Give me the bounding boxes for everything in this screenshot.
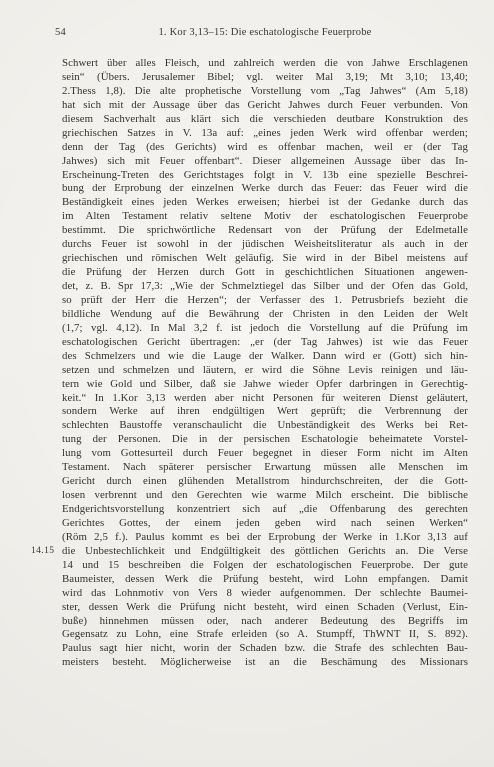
- text-line-content: Endgerichtsvorstellung konzentriert sich…: [62, 503, 468, 515]
- text-line-content: Erscheinung-Treten des Gerichtstages fol…: [62, 169, 468, 181]
- text-line: 14 und 15 beschreiben die Folgen der esc…: [62, 559, 468, 573]
- text-line: bildliche Wendung auf die Bewährung der …: [62, 308, 468, 322]
- text-line-content: bildliche Wendung auf die Bewährung der …: [62, 308, 468, 320]
- text-line-content: Testament. Nach späterer persischer Erwa…: [62, 461, 468, 473]
- text-line: schlechten Baustoffe veranschaulicht die…: [62, 419, 468, 433]
- text-line: det, z. B. Spr 17,3: „Wie der Schmelztie…: [62, 280, 468, 294]
- text-line: (Röm 2,5 f.). Paulus kommt es bei der Er…: [62, 531, 468, 545]
- text-line: Beständigkeit eines jeden Werkes erweise…: [62, 196, 468, 210]
- text-line-content: buße) hinnehmen müssen oder, nach andere…: [62, 615, 468, 627]
- text-line-content: die Prüfung der Herzen durch Gott in ges…: [62, 266, 468, 278]
- text-line-content: keit.“ In 1.Kor 3,13 werden aber nicht P…: [62, 392, 468, 404]
- text-line: Baumeister, dessen Werk die Prüfung best…: [62, 573, 468, 587]
- text-line-content: Paulus sagt hier nicht, worin der Schade…: [62, 642, 468, 654]
- text-line-content: Beständigkeit eines jeden Werkes erweise…: [62, 196, 468, 208]
- text-line-content: sondern Werke auf ihren endgültigen Wert…: [62, 405, 468, 417]
- text-line-content: griechischen Satzes in V. 13a auf: „eine…: [62, 127, 468, 139]
- text-line-content: setzen und schmelzen und läutern, er wir…: [62, 364, 468, 376]
- verse-margin-note: 14.15: [31, 545, 54, 559]
- text-line: griechischen und römischen Welt geläufig…: [62, 252, 468, 266]
- text-line: Paulus sagt hier nicht, worin der Schade…: [62, 642, 468, 656]
- text-line: bestimmt. Die sprichwörtliche Redensart …: [62, 224, 468, 238]
- text-line: Endgerichtsvorstellung konzentriert sich…: [62, 503, 468, 517]
- text-line: buße) hinnehmen müssen oder, nach andere…: [62, 615, 468, 629]
- text-line: setzen und schmelzen und läutern, er wir…: [62, 364, 468, 378]
- text-line: Testament. Nach späterer persischer Erwa…: [62, 461, 468, 475]
- text-line-content: des Schmelzers und wie die Lauge der Wal…: [62, 350, 468, 362]
- text-line: keit.“ In 1.Kor 3,13 werden aber nicht P…: [62, 392, 468, 406]
- text-line-content: bung der Erprobung der einzelnen Werke d…: [62, 182, 468, 194]
- text-line-content: meisters besteht. Möglicherweise ist an …: [62, 656, 468, 668]
- text-line-content: Baumeister, dessen Werk die Prüfung best…: [62, 573, 468, 585]
- text-line-content: die Unbestechlichkeit und Endgültigkeit …: [62, 545, 468, 557]
- text-line-content: (Röm 2,5 f.). Paulus kommt es bei der Er…: [62, 531, 468, 543]
- text-line: Jahwes) sich mit Feuer offenbart“. Diese…: [62, 155, 468, 169]
- text-line-content: hat sich mit der Aussage über das Gerich…: [62, 99, 468, 111]
- text-line-content: ster, dessen Werk die Prüfung nicht best…: [62, 601, 468, 613]
- body-text-block: Schwert über alles Fleisch, und zahlreic…: [62, 57, 468, 670]
- running-title: 1. Kor 3,13–15: Die eschatologische Feue…: [62, 27, 468, 38]
- text-line-content: bestimmt. Die sprichwörtliche Redensart …: [62, 224, 468, 236]
- text-line: eschatologischen Gericht übertragen: „er…: [62, 336, 468, 350]
- text-line-content: eschatologischen Gericht übertragen: „er…: [62, 336, 468, 348]
- text-line-content: so prüft der Herr die Herzen“; der Verfa…: [62, 294, 468, 306]
- text-line-content: im Alten Testament relativ seltene Motiv…: [62, 210, 468, 222]
- text-line: hat sich mit der Aussage über das Gerich…: [62, 99, 468, 113]
- text-line: griechischen Satzes in V. 13a auf: „eine…: [62, 127, 468, 141]
- text-line-content: Gericht durch einen glühenden Metallstro…: [62, 475, 468, 487]
- text-line-content: Schwert über alles Fleisch, und zahlreic…: [62, 57, 468, 69]
- text-line-content: Jahwes) sich mit Feuer offenbart“. Diese…: [62, 155, 468, 167]
- text-line: des Schmelzers und wie die Lauge der Wal…: [62, 350, 468, 364]
- text-line-content: tern wie Gold und Silber, daß sie Jahwe …: [62, 378, 468, 390]
- text-line-content: lung vom Gottesurteil durch Feuer begegn…: [62, 447, 468, 459]
- text-line-content: 2.Thess 1,8). Die alte prophetische Vors…: [62, 85, 468, 97]
- text-line-content: (1,7; vgl. 4,12). In Mal 3,2 f. ist jedo…: [62, 322, 468, 334]
- text-line: meisters besteht. Möglicherweise ist an …: [62, 656, 468, 670]
- text-line: Gerichtes Gottes, der einem jeden geben …: [62, 517, 468, 531]
- text-line-content: griechischen und römischen Welt geläufig…: [62, 252, 468, 264]
- text-line-content: diesem Sachverhalt aus klärt sich die ve…: [62, 113, 468, 125]
- text-line: Erscheinung-Treten des Gerichtstages fol…: [62, 169, 468, 183]
- text-line-content: schlechten Baustoffe veranschaulicht die…: [62, 419, 468, 431]
- text-line-content: Gegensatz zu Lohn, eine Strafe erleiden …: [62, 628, 468, 640]
- text-line: 14.15 die Unbestechlichkeit und Endgülti…: [62, 545, 468, 559]
- text-line: tern wie Gold und Silber, daß sie Jahwe …: [62, 378, 468, 392]
- text-line-content: Gerichtes Gottes, der einem jeden geben …: [62, 517, 468, 529]
- text-line: (1,7; vgl. 4,12). In Mal 3,2 f. ist jedo…: [62, 322, 468, 336]
- text-line-content: tung der Personen. Die in der persischen…: [62, 433, 468, 445]
- page-header: 54 1. Kor 3,13–15: Die eschatologische F…: [62, 27, 468, 42]
- page-number: 54: [55, 27, 66, 38]
- text-line-content: det, z. B. Spr 17,3: „Wie der Schmelztie…: [62, 280, 468, 292]
- text-line: bung der Erprobung der einzelnen Werke d…: [62, 182, 468, 196]
- text-line-content: durchs Feuer ist sowohl in der jüdischen…: [62, 238, 468, 250]
- text-line: sein“ (Übers. Jerusalemer Bibel; vgl. we…: [62, 71, 468, 85]
- text-line: losen verbrennt und den Gerechten wie wa…: [62, 489, 468, 503]
- text-line: so prüft der Herr die Herzen“; der Verfa…: [62, 294, 468, 308]
- text-line: Schwert über alles Fleisch, und zahlreic…: [62, 57, 468, 71]
- text-line: Gericht durch einen glühenden Metallstro…: [62, 475, 468, 489]
- text-line-content: denn der Tag (des Gerichts) wird es offe…: [62, 141, 468, 153]
- text-line: sondern Werke auf ihren endgültigen Wert…: [62, 405, 468, 419]
- text-line: ster, dessen Werk die Prüfung nicht best…: [62, 601, 468, 615]
- text-line: lung vom Gottesurteil durch Feuer begegn…: [62, 447, 468, 461]
- text-line: im Alten Testament relativ seltene Motiv…: [62, 210, 468, 224]
- text-line: tung der Personen. Die in der persischen…: [62, 433, 468, 447]
- text-line-content: wird das Lohnmotiv von Vers 8 wieder auf…: [62, 587, 468, 599]
- text-line: Gegensatz zu Lohn, eine Strafe erleiden …: [62, 628, 468, 642]
- text-line: durchs Feuer ist sowohl in der jüdischen…: [62, 238, 468, 252]
- text-line: wird das Lohnmotiv von Vers 8 wieder auf…: [62, 587, 468, 601]
- book-page: 54 1. Kor 3,13–15: Die eschatologische F…: [0, 0, 494, 767]
- text-line: diesem Sachverhalt aus klärt sich die ve…: [62, 113, 468, 127]
- text-line: denn der Tag (des Gerichts) wird es offe…: [62, 141, 468, 155]
- text-line: 2.Thess 1,8). Die alte prophetische Vors…: [62, 85, 468, 99]
- text-line: die Prüfung der Herzen durch Gott in ges…: [62, 266, 468, 280]
- text-line-content: sein“ (Übers. Jerusalemer Bibel; vgl. we…: [62, 71, 468, 83]
- text-line-content: losen verbrennt und den Gerechten wie wa…: [62, 489, 468, 501]
- text-line-content: 14 und 15 beschreiben die Folgen der esc…: [62, 559, 468, 571]
